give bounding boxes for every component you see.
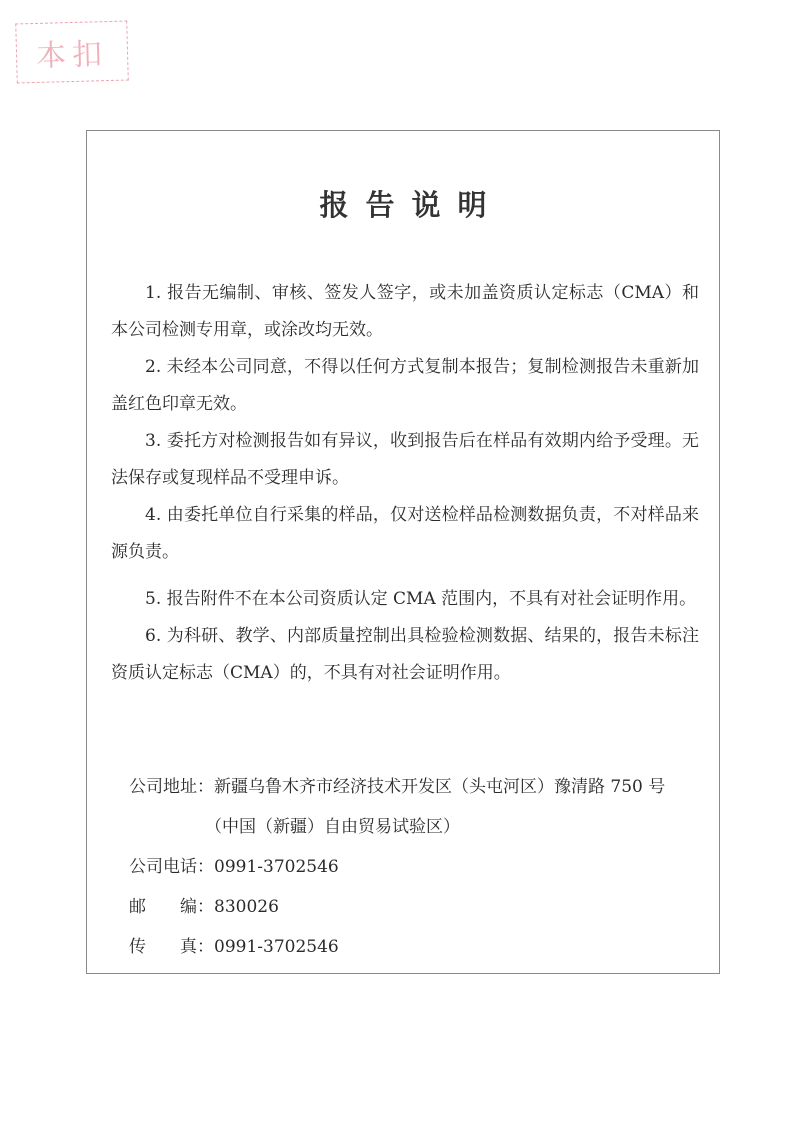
phone-label: 公司电话： (129, 847, 214, 887)
phone-row: 公司电话： 0991-3702546 (129, 847, 665, 887)
postcode-label: 邮 编： (129, 887, 214, 927)
fax-value: 0991-3702546 (214, 927, 339, 967)
page-title: 报告说明 (87, 183, 719, 224)
postcode-label-b: 编： (180, 887, 214, 927)
note-item: 3. 委托方对检测报告如有异议，收到报告后在样品有效期内给予受理。无法保存或复现… (111, 423, 699, 497)
phone-value: 0991-3702546 (214, 847, 339, 887)
stamp-text: 本扣 (35, 29, 108, 75)
address-row-2: （中国（新疆）自由贸易试验区） (129, 807, 665, 847)
address-row: 公司地址： 新疆乌鲁木齐市经济技术开发区（头屯河区）豫清路 750 号 (129, 767, 665, 807)
address-label: 公司地址： (129, 767, 214, 807)
contact-block: 公司地址： 新疆乌鲁木齐市经济技术开发区（头屯河区）豫清路 750 号 （中国（… (129, 767, 665, 967)
fax-label-a: 传 (129, 927, 146, 967)
fax-row: 传 真： 0991-3702546 (129, 927, 665, 967)
postcode-row: 邮 编： 830026 (129, 887, 665, 927)
fax-label-b: 真： (180, 927, 214, 967)
red-seal-stamp: 本扣 (15, 21, 129, 84)
note-item: 2. 未经本公司同意，不得以任何方式复制本报告；复制检测报告未重新加盖红色印章无… (111, 349, 699, 423)
postcode-value: 830026 (214, 887, 279, 927)
report-notes-frame: 报告说明 1. 报告无编制、审核、签发人签字，或未加盖资质认定标志（CMA）和本… (86, 130, 720, 974)
address-value: 新疆乌鲁木齐市经济技术开发区（头屯河区）豫清路 750 号 (214, 767, 665, 807)
note-item: 4. 由委托单位自行采集的样品，仅对送检样品检测数据负责，不对样品来源负责。 (111, 497, 699, 571)
note-item: 5. 报告附件不在本公司资质认定 CMA 范围内，不具有对社会证明作用。 (111, 581, 699, 618)
fax-label: 传 真： (129, 927, 214, 967)
notes-list: 1. 报告无编制、审核、签发人签字，或未加盖资质认定标志（CMA）和本公司检测专… (111, 275, 699, 692)
note-item: 6. 为科研、教学、内部质量控制出具检验检测数据、结果的，报告未标注资质认定标志… (111, 618, 699, 692)
address-value-2: （中国（新疆）自由贸易试验区） (205, 807, 460, 847)
postcode-label-a: 邮 (129, 887, 146, 927)
note-item: 1. 报告无编制、审核、签发人签字，或未加盖资质认定标志（CMA）和本公司检测专… (111, 275, 699, 349)
